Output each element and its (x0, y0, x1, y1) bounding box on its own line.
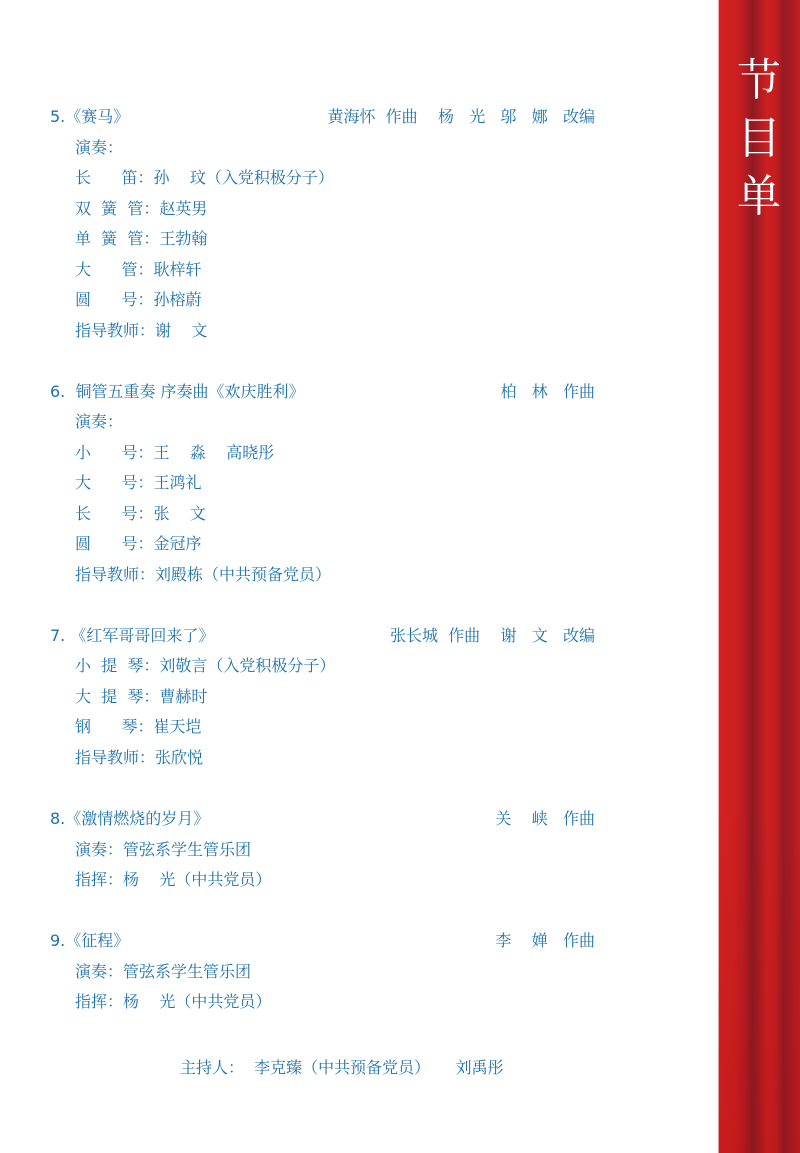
program-6-line: 小 号：王 淼 高晓彤 (75, 442, 274, 464)
hosts-line: 主持人： 李克臻（中共预备党员） 刘禹彤 (180, 1057, 504, 1079)
program-6-credit: 柏 林 作曲 (500, 381, 595, 403)
program-5-line: 圆 号：孙榕蔚 (75, 289, 202, 311)
program-5-line: 双 簧 管：赵英男 (75, 198, 207, 220)
banner-char: 目 (718, 110, 800, 168)
banner-title: 节 目 单 (718, 52, 800, 226)
program-7-credit: 张长城 作曲 谢 文 改编 (390, 625, 595, 647)
program-5-credit: 黄海怀 作曲 杨 光 邬 娜 改编 (327, 106, 595, 128)
program-6-line: 圆 号：金冠序 (75, 533, 202, 555)
program-7-title: 7. 《红军哥哥回来了》 (50, 625, 214, 647)
program-5-title: 5.《赛马》 (50, 106, 129, 128)
program-8-line: 演奏：管弦系学生管乐团 (75, 839, 251, 861)
program-9-line: 演奏：管弦系学生管乐团 (75, 961, 251, 983)
program-5-line: 演奏： (75, 137, 123, 159)
program-8-credit: 关 峡 作曲 (495, 808, 595, 830)
program-9-line: 指挥：杨 光（中共党员） (75, 991, 271, 1013)
program-6-line: 大 号：王鸿礼 (75, 472, 202, 494)
program-6-line: 指导教师：刘殿栋（中共预备党员） (75, 564, 331, 586)
program-5-line: 指导教师：谢 文 (75, 320, 207, 342)
program-9-title: 9.《征程》 (50, 930, 129, 952)
red-curtain-banner: 节 目 单 (718, 0, 800, 1153)
program-5-line: 单 簧 管：王勃翰 (75, 228, 207, 250)
program-page: 5.《赛马》 黄海怀 作曲 杨 光 邬 娜 改编 演奏： 长 笛：孙 玟（入党积… (0, 0, 718, 1153)
program-7-line: 大 提 琴：曹赫时 (75, 686, 207, 708)
program-8-line: 指挥：杨 光（中共党员） (75, 869, 271, 891)
program-8-title: 8.《激情燃烧的岁月》 (50, 808, 209, 830)
program-6-line: 长 号：张 文 (75, 503, 206, 525)
program-9-credit: 李 婵 作曲 (495, 930, 595, 952)
program-6-line: 演奏： (75, 411, 123, 433)
program-6-title: 6. 铜管五重奏 序奏曲《欢庆胜利》 (50, 381, 305, 403)
program-7-line: 指导教师：张欣悦 (75, 747, 203, 769)
banner-char: 节 (718, 52, 800, 110)
program-7-line: 钢 琴：崔天垲 (75, 716, 202, 738)
program-7-line: 小 提 琴：刘敬言（入党积极分子） (75, 655, 335, 677)
banner-char: 单 (718, 168, 800, 226)
program-5-line: 长 笛：孙 玟（入党积极分子） (75, 167, 334, 189)
program-5-line: 大 管：耿梓轩 (75, 259, 202, 281)
